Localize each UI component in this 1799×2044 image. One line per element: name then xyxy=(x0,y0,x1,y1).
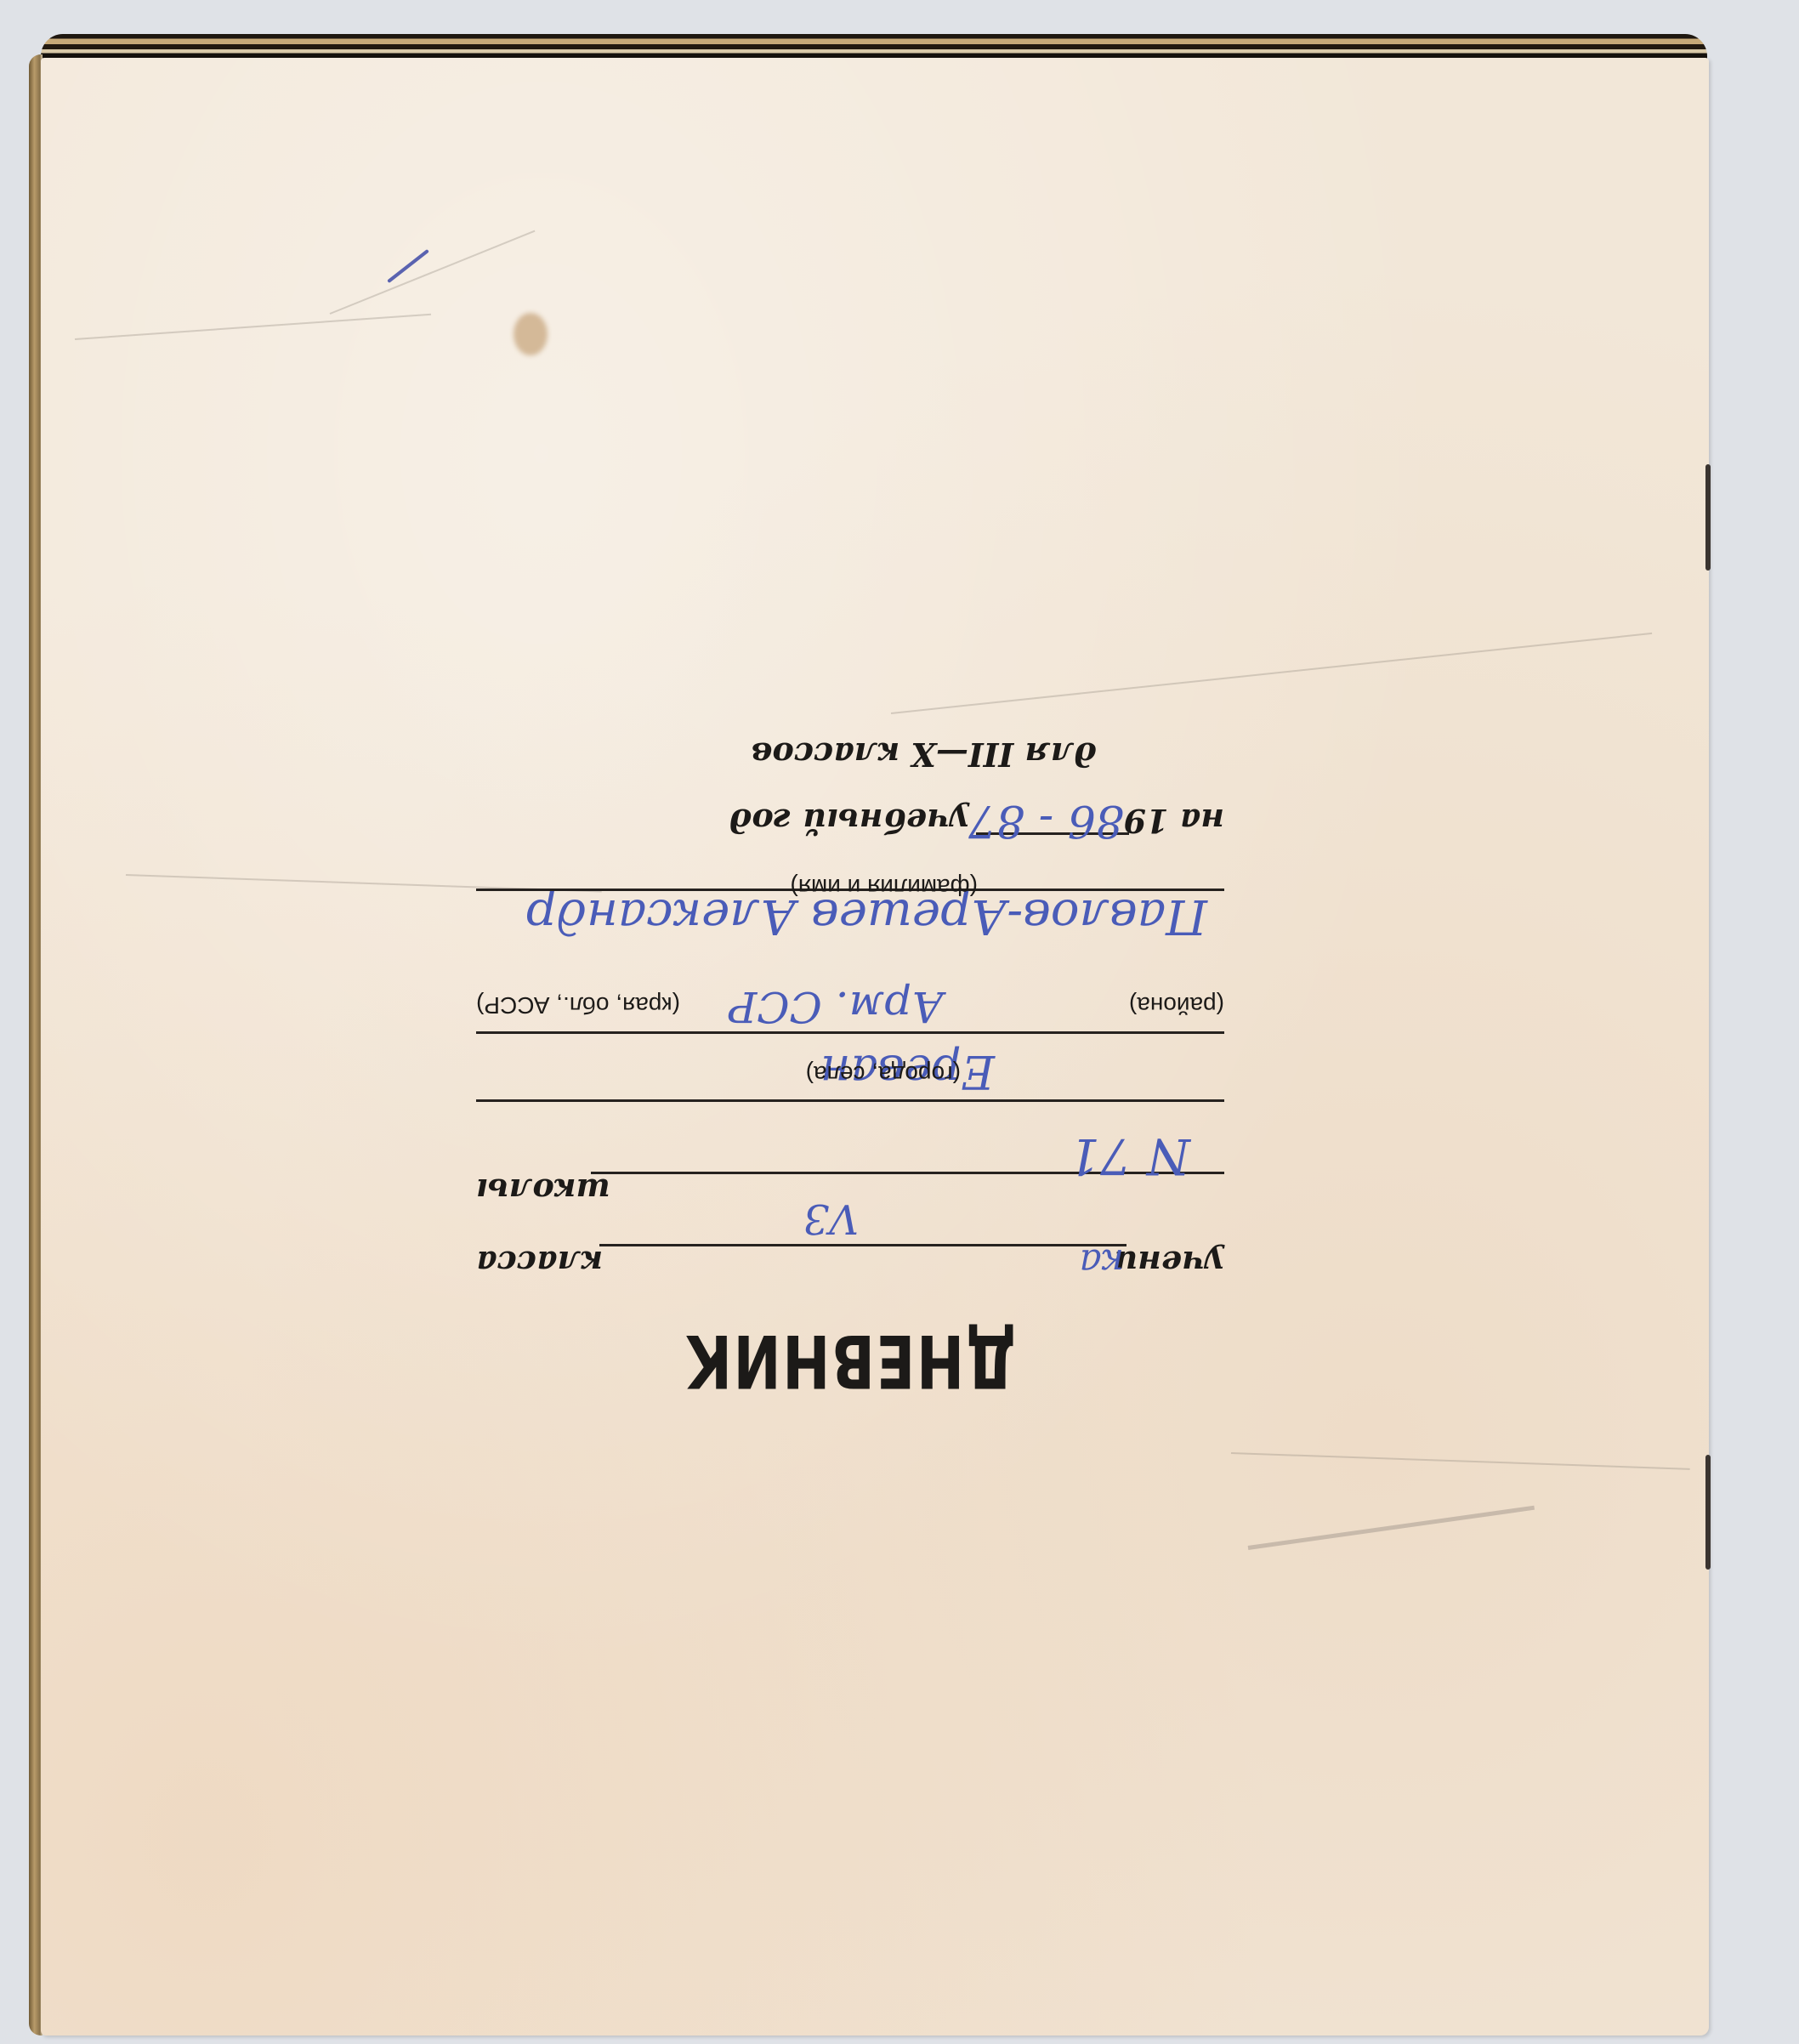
city-row: Ереван xyxy=(476,1093,1224,1152)
region-caption: (края, обл., АССР) xyxy=(476,991,680,1019)
paper-crease xyxy=(75,314,431,340)
student-class-row: учени ка V3 класса xyxy=(476,1237,1224,1297)
year-row: на 19 86 - 87 учебный год xyxy=(476,795,1224,855)
district-caption: (района) xyxy=(1129,991,1224,1019)
year-suffix: учебный год xyxy=(729,802,969,840)
paper-crease xyxy=(1231,1452,1690,1470)
grades-line: для III—X классов xyxy=(752,735,1097,774)
region-row: Арм. ССР xyxy=(476,1025,1224,1084)
region-fill-line xyxy=(476,1031,1224,1034)
page-edges-top xyxy=(41,34,1707,60)
paper-crease xyxy=(330,230,536,315)
paper-crease xyxy=(891,633,1652,714)
school-label: школы xyxy=(476,1172,610,1210)
name-row: Павлов-Арешев Александр xyxy=(476,914,1224,974)
name-caption: (фамилия и имя) xyxy=(790,873,978,900)
diary-cover-form: ДНЕВНИК учени ка V3 класса N 71 школы Ер… xyxy=(476,727,1224,1441)
class-fill-line xyxy=(599,1244,1127,1246)
school-row: N 71 школы xyxy=(476,1165,1224,1224)
student-suffix-handwritten: ка xyxy=(1079,1241,1124,1284)
year-value-handwritten: 86 - 87 xyxy=(968,795,1124,846)
region-value-handwritten: Арм. ССР xyxy=(729,982,944,1031)
student-label: учени xyxy=(1115,1244,1224,1282)
staple-mark xyxy=(1705,1455,1711,1570)
diary-title: ДНЕВНИК xyxy=(559,1318,1142,1403)
year-prefix: на 19 xyxy=(1124,802,1224,840)
paper-stain xyxy=(514,313,548,355)
staple-mark xyxy=(1705,464,1711,571)
class-label: класса xyxy=(476,1244,603,1282)
paper-crease xyxy=(1248,1506,1535,1550)
stray-pen-mark xyxy=(387,249,429,283)
city-fill-line xyxy=(476,1099,1224,1102)
